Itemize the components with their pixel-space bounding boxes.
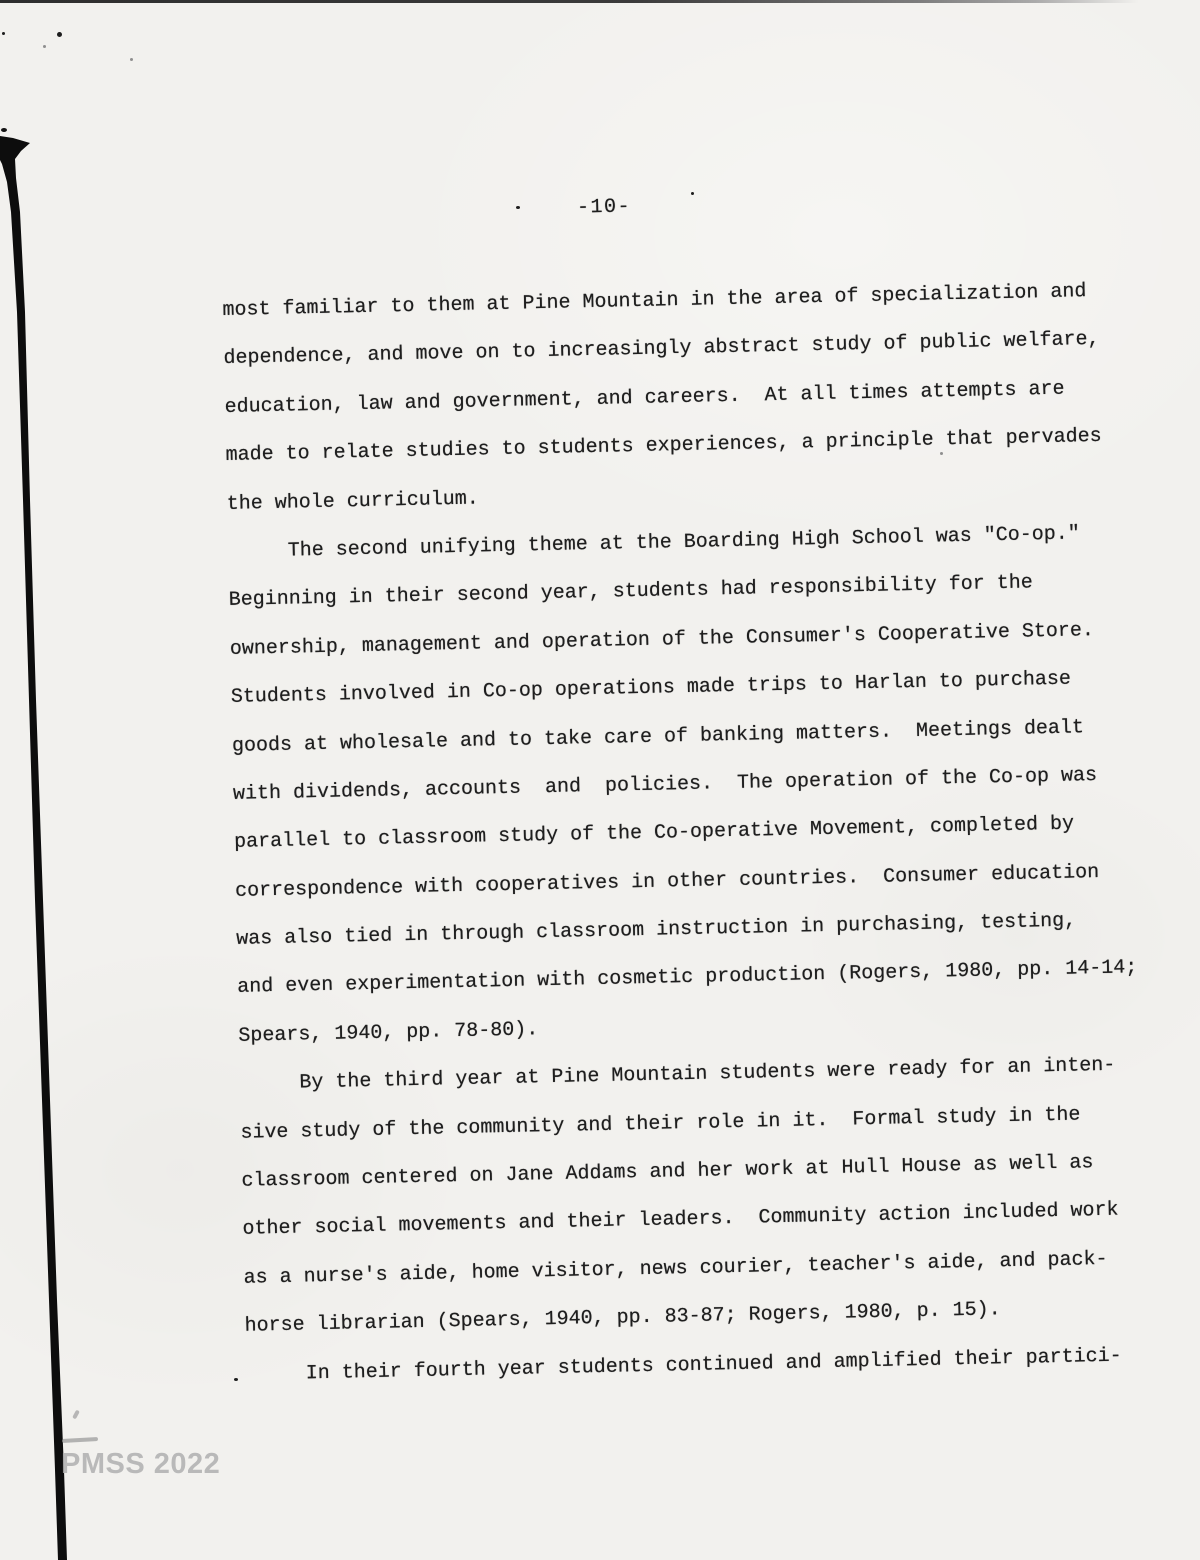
scan-speck (234, 1378, 238, 1381)
scan-gray-smudge (62, 1437, 98, 1443)
scan-speck (2, 32, 5, 35)
typewritten-text: most familiar to them at Pine Mountain i… (222, 266, 1191, 1399)
scan-top-edge-shadow (0, 0, 1150, 3)
scan-speck (43, 45, 46, 48)
scan-speck (940, 452, 943, 455)
document-page: -10- most familiar to them at Pine Mount… (0, 0, 1200, 1560)
scan-speck (516, 206, 520, 209)
watermark-pmss: PMSS 2022 (61, 1448, 220, 1481)
scan-speck (691, 192, 694, 195)
scan-speck (57, 32, 62, 37)
scan-speck (130, 58, 133, 61)
scan-artifact-line (0, 0, 80, 1560)
page-number: -10- (577, 195, 631, 219)
